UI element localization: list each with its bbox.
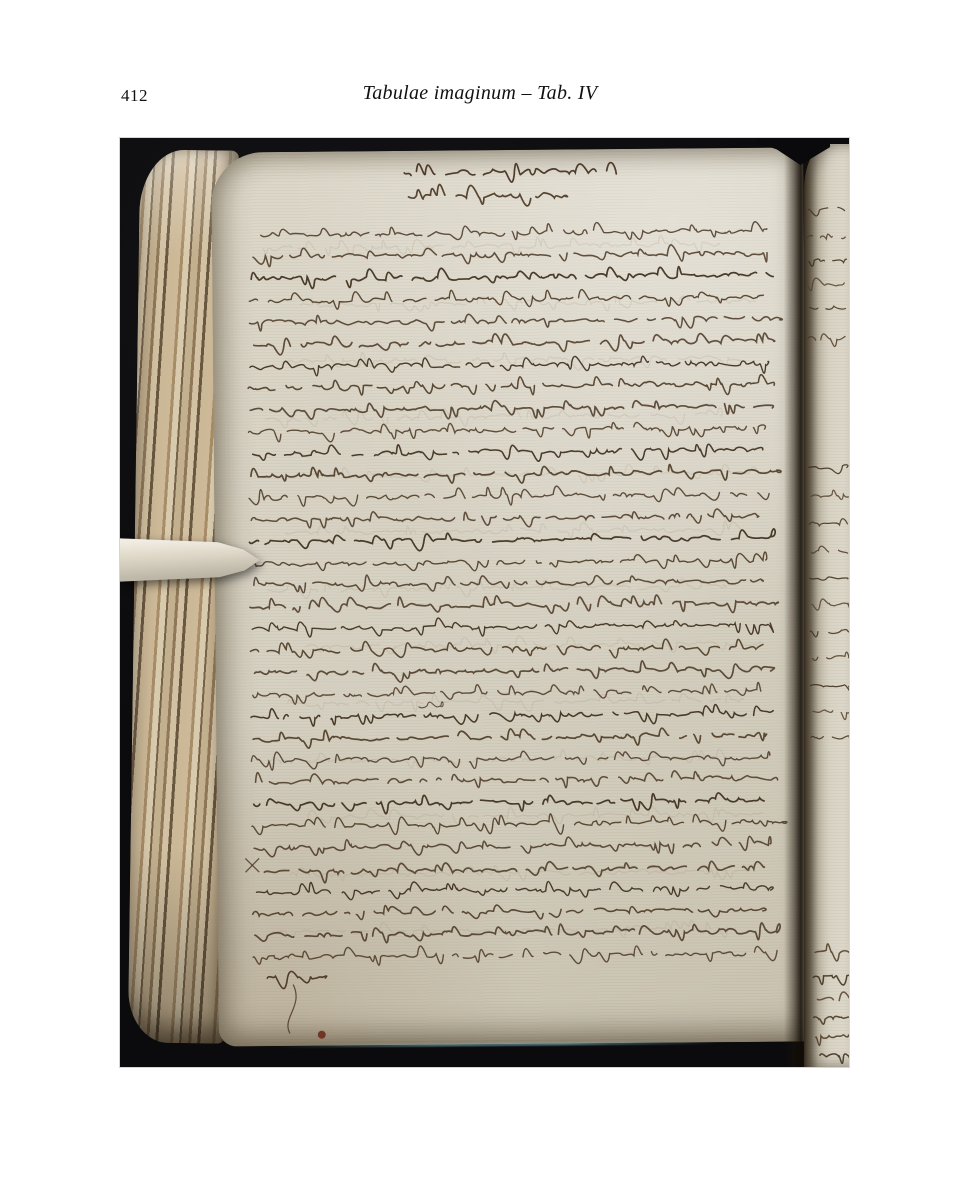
plate-title: Tabulae imaginum – Tab. IV [0, 82, 960, 105]
running-header: 412 Tabulae imaginum – Tab. IV [0, 82, 960, 112]
manuscript-plate-photo [120, 138, 849, 1067]
manuscript-recto-page [211, 147, 811, 1046]
bookmark-clasp [120, 536, 260, 584]
book-page: 412 Tabulae imaginum – Tab. IV [0, 0, 960, 1182]
book-gutter-shadow [784, 138, 818, 1067]
bookmark-blade [120, 536, 260, 584]
